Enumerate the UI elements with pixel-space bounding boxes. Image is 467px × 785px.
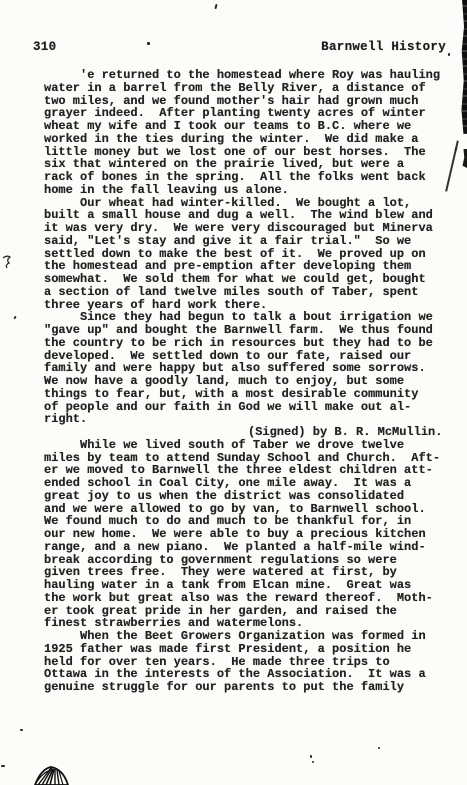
page-header: 310 Barnwell History	[33, 40, 446, 54]
scan-speck	[1, 765, 5, 767]
signature-line: (Signed) by B. R. McMullin.	[44, 426, 442, 439]
running-title: Barnwell History	[321, 40, 446, 54]
scan-speck	[214, 4, 217, 9]
page-number: 310	[33, 40, 56, 54]
scan-speck	[310, 755, 312, 758]
scan-speck	[312, 761, 314, 763]
scan-speck	[378, 747, 380, 749]
paragraph-5: When the Beet Growers Organization was f…	[44, 630, 442, 694]
scan-speck	[448, 53, 450, 56]
scan-margin-squiggle	[2, 255, 12, 269]
scan-speck	[20, 729, 23, 731]
paragraph-2: Our wheat had winter-killed. We bought a…	[44, 197, 442, 312]
paragraph-4: While we lived south of Taber we drove t…	[44, 439, 442, 630]
scan-binding-chip	[462, 149, 467, 168]
scan-thumb-smudge	[31, 765, 71, 785]
paragraph-3: Since they had begun to talk a bout irri…	[44, 311, 442, 426]
scan-binding-strip	[461, 0, 467, 134]
scan-speck	[454, 147, 457, 151]
paragraph-1: 'e returned to the homestead where Roy w…	[44, 69, 442, 197]
scanned-book-page: 310 Barnwell History 'e returned to the …	[0, 0, 467, 785]
scan-speck	[13, 316, 16, 320]
scan-speck	[147, 42, 150, 45]
page-body: 'e returned to the homestead where Roy w…	[44, 69, 442, 694]
